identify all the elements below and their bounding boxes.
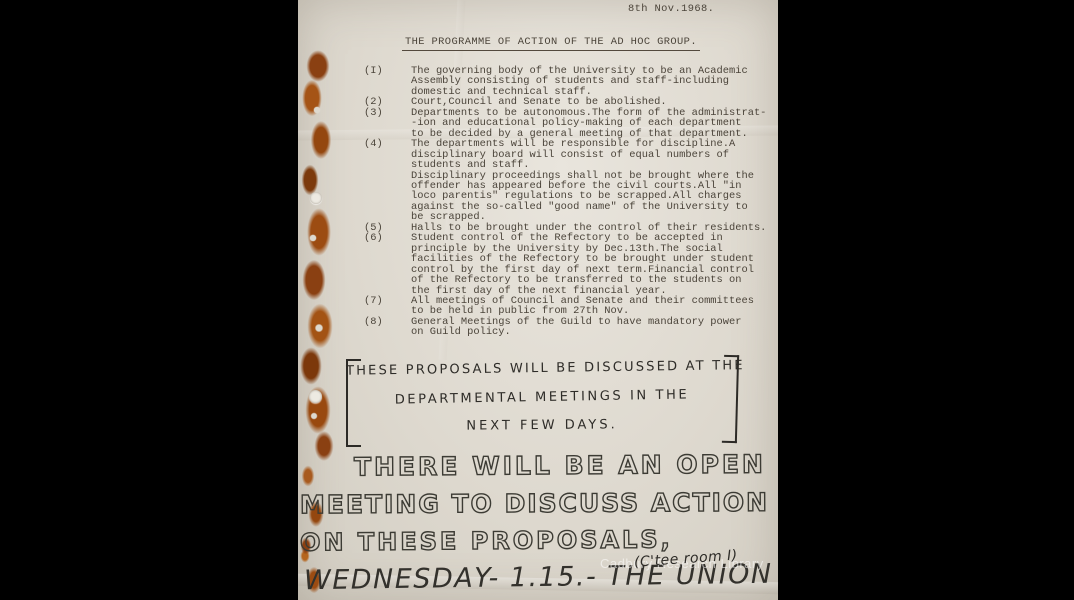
- scanned-document-view: 8th Nov.1968. THE PROGRAMME OF ACTION OF…: [0, 0, 1074, 600]
- item-number: (7): [364, 296, 411, 306]
- item-text: All meetings of Council and Senate and t…: [411, 296, 768, 317]
- list-item: (7) All meetings of Council and Senate a…: [364, 296, 768, 317]
- list-item: (I) The governing body of the University…: [364, 66, 768, 97]
- note-line-1: THESE PROPOSALS WILL BE DISCUSSED AT THE: [346, 358, 738, 378]
- item-text: The governing body of the University to …: [411, 66, 768, 97]
- handwritten-bracket-note: THESE PROPOSALS WILL BE DISCUSSED AT THE…: [346, 355, 738, 449]
- announcement-line-3: ON THESE PROPOSALS,: [300, 525, 673, 556]
- note-line-2: DEPARTMENTAL MEETINGS IN THE: [346, 387, 738, 409]
- item-number: (I): [364, 66, 411, 76]
- item-text: General Meetings of the Guild to have ma…: [411, 317, 768, 338]
- date-label: 8th Nov.1968.: [628, 3, 714, 15]
- list-item: (4) The departments will be responsible …: [364, 139, 768, 223]
- hole-punch-bottom: [309, 390, 322, 403]
- item-number: (4): [364, 139, 411, 149]
- item-number: (6): [364, 233, 411, 243]
- document-title: THE PROGRAMME OF ACTION OF THE AD HOC GR…: [402, 36, 700, 51]
- item-text: Departments to be autonomous.The form of…: [411, 108, 768, 139]
- announcement-line-2: MEETING TO DISCUSS ACTION: [300, 488, 769, 519]
- item-number: (3): [364, 108, 411, 118]
- item-text: The departments will be responsible for …: [411, 139, 768, 223]
- item-text: Student control of the Refectory to be a…: [411, 233, 768, 296]
- action-list: (I) The governing body of the University…: [364, 66, 768, 338]
- list-item: (3) Departments to be autonomous.The for…: [364, 108, 768, 139]
- note-line-3: NEXT FEW DAYS.: [346, 416, 738, 434]
- item-number: (8): [364, 317, 411, 327]
- announcement-line-1: THERE WILL BE AN OPEN: [354, 450, 766, 482]
- list-item: (6) Student control of the Refectory to …: [364, 233, 768, 296]
- hole-punch-top: [310, 192, 322, 204]
- list-item: (8) General Meetings of the Guild to hav…: [364, 317, 768, 338]
- paper-scan: 8th Nov.1968. THE PROGRAMME OF ACTION OF…: [298, 0, 778, 600]
